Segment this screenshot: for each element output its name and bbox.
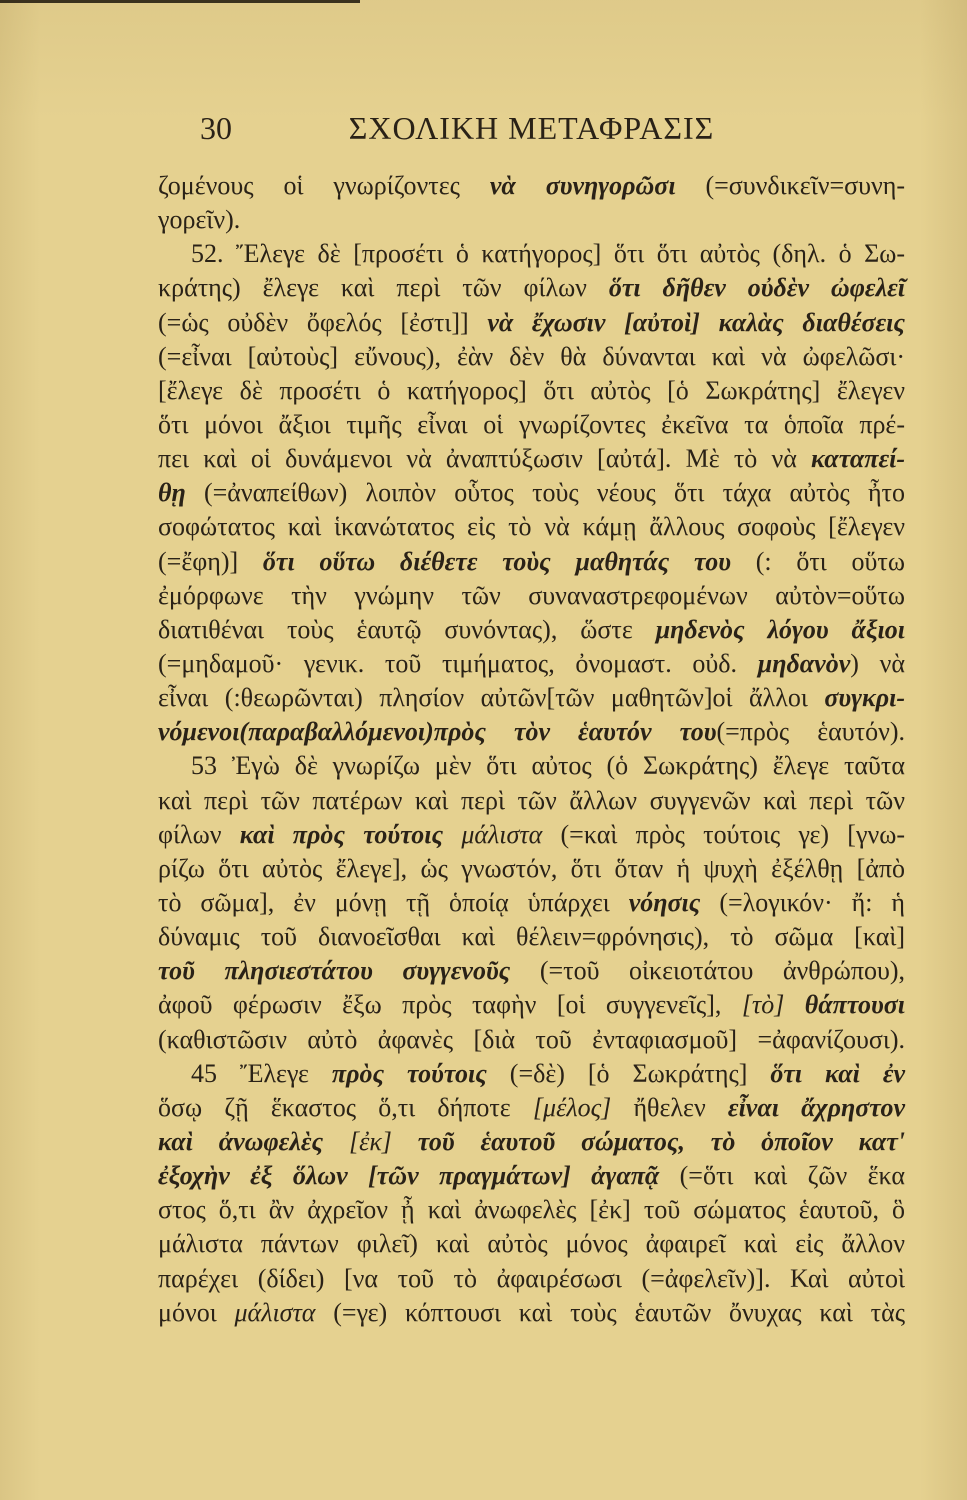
text-line: θῃ (=ἀναπείθων) λοιπὸν οὗτος τοὺς νέους … — [158, 476, 905, 510]
emphasis-italic: [ἐκ] — [349, 1127, 392, 1156]
text-line: τοῦ πλησιεστάτου συγγενοῦς (=τοῦ οἰκειοτ… — [158, 954, 905, 988]
text-run: (=πρὸς ἑαυτόν). — [716, 717, 905, 746]
emphasis-bold-italic: ἐξοχὴν ἐξ ὅλων [τῶν πραγμάτων] ἀγαπᾷ — [158, 1161, 659, 1190]
text-run: Ἔλεγε δὲ [προσέτι ὁ κατήγορος] ὅτι ὅτι α… — [236, 239, 905, 268]
text-run: (=συνδικεῖν=συνη- — [676, 171, 905, 200]
text-line: ἐξοχὴν ἐξ ὅλων [τῶν πραγμάτων] ἀγαπᾷ (=ὅ… — [158, 1159, 905, 1193]
text-line: μάλιστα πάντων φιλεῖ) καὶ αὐτὸς μόνος ἀφ… — [158, 1227, 905, 1261]
text-line: (καθιστῶσιν αὐτὸ ἀφανὲς [διὰ τοῦ ἐνταφια… — [158, 1023, 905, 1057]
text-run: ὅσῳ ζῇ ἕκαστος ὅ,τι δήποτε — [158, 1093, 533, 1122]
text-line: διατιθέναι τοὺς ἑαυτῷ συνόντας), ὥστε μη… — [158, 613, 905, 647]
emphasis-bold-italic: καὶ πρὸς τούτοις — [240, 820, 462, 849]
text-run: Ἐγὼ δὲ γνωρίζω μὲν ὅτι αὐτος (ὁ Σωκράτης… — [232, 751, 905, 780]
emphasis-bold-italic: καταπεί- — [811, 444, 905, 473]
text-run: μάλιστα πάντων φιλεῖ) καὶ αὐτὸς μόνος ἀφ… — [158, 1229, 905, 1258]
text-run: (=εἶναι [αὐτοὺς] εὔνους), ἐὰν δὲν θὰ δύν… — [158, 342, 905, 371]
text-line: μόνοι μάλιστα (=γε) κόπτουσι καὶ τοὺς ἑα… — [158, 1296, 905, 1330]
text-line: [ἔλεγε δὲ προσέτι ὁ κατήγορος] ὅτι αὐτὸς… — [158, 374, 905, 408]
emphasis-italic: [τὸ] — [742, 990, 785, 1019]
text-line: ὅτι μόνοι ἄξιοι τιμῆς εἶναι οἱ γνωρίζοντ… — [158, 408, 905, 442]
paragraph-number: 45 — [191, 1059, 240, 1088]
running-title: ΣΧΟΛΙΚΗ ΜΕΤΑΦΡΑΣΙΣ — [158, 112, 905, 144]
emphasis-italic: μάλιστα — [461, 820, 542, 849]
text-line: ζομένους οἱ γνωρίζοντες νὰ συνηγορῶσι (=… — [158, 169, 905, 203]
text-run: πει καὶ οἱ δυνάμενοι νὰ ἀναπτύξωσιν [αὐτ… — [158, 444, 811, 473]
emphasis-bold-italic: τοῦ ἑαυτοῦ σώματος, τὸ ὁποῖον κατ' — [392, 1127, 905, 1156]
text-line: τὸ σῶμα], ἐν μόνῃ τῇ ὁποίᾳ ὑπάρχει νόησι… — [158, 886, 905, 920]
emphasis-bold-italic: συγκρι- — [824, 683, 905, 712]
paragraph-number: 52. — [191, 239, 236, 268]
text-run: (=ἔφη)] — [158, 547, 263, 576]
text-run: (=δὲ) [ὁ Σωκράτης] — [487, 1059, 770, 1088]
text-run: φίλων — [158, 820, 240, 849]
emphasis-bold-italic: θάπτουσι — [784, 990, 905, 1019]
text-line: (=εἶναι [αὐτοὺς] εὔνους), ἐὰν δὲν θὰ δύν… — [158, 340, 905, 374]
emphasis-bold-italic: μηδανὸν — [758, 649, 851, 678]
text-line: ὅσῳ ζῇ ἕκαστος ὅ,τι δήποτε [μέλος] ἤθελε… — [158, 1091, 905, 1125]
text-line: (=ὡς οὐδὲν ὄφελός [ἐστι]] νὰ ἔχωσιν [αὐτ… — [158, 306, 905, 340]
text-run: ἀφοῦ φέρωσιν ἔξω πρὸς ταφὴν [οἱ συγγενεῖ… — [158, 990, 742, 1019]
text-line: ἐμόρφωνε τὴν γνώμην τῶν συναναστρεφομένω… — [158, 579, 905, 613]
emphasis-bold-italic: νὰ ἔχωσιν [αὐτοὶ] καλὰς διαθέσεις — [487, 308, 905, 337]
text-line: καὶ ἀνωφελὲς [ἐκ] τοῦ ἑαυτοῦ σώματος, τὸ… — [158, 1125, 905, 1159]
text-line: νόμενοι(παραβαλλόμενοι)πρὸς τὸν ἑαυτόν τ… — [158, 715, 905, 749]
page-body-text: ζομένους οἱ γνωρίζοντες νὰ συνηγορῶσι (=… — [158, 169, 905, 1330]
text-run: (: ὅτι οὕτω — [731, 547, 905, 576]
text-run: δύναμις τοῦ διανοεῖσθαι καὶ θέλειν=φρόνη… — [158, 922, 905, 951]
text-line: εἶναι (:θεωρῶνται) πλησίον αὐτῶν[τῶν μαθ… — [158, 681, 905, 715]
text-run: (=μηδαμοῦ· γενικ. τοῦ τιμήματος, ὀνομαστ… — [158, 649, 758, 678]
text-run: κράτης) ἔλεγε καὶ περὶ τῶν φίλων — [158, 273, 609, 302]
text-run: (=ὡς οὐδὲν ὄφελός [ἐστι]] — [158, 308, 487, 337]
emphasis-bold-italic: καὶ ἀνωφελὲς — [158, 1127, 349, 1156]
text-run: (=καὶ πρὸς τούτοις γε) [γνω- — [542, 820, 905, 849]
text-line: καὶ περὶ τῶν πατέρων καὶ περὶ τῶν ἄλλων … — [158, 784, 905, 818]
text-run: ρίζω ὅτι αὐτὸς ἔλεγε], ὡς γνωστόν, ὅτι ὅ… — [158, 854, 905, 883]
text-run: καὶ περὶ τῶν πατέρων καὶ περὶ τῶν ἄλλων … — [158, 786, 905, 815]
text-line: γορεῖν). — [158, 203, 905, 237]
text-line: δύναμις τοῦ διανοεῖσθαι καὶ θέλειν=φρόνη… — [158, 920, 905, 954]
emphasis-bold-italic: πρὸς τούτοις — [332, 1059, 487, 1088]
text-run: (=γε) κόπτουσι καὶ τοὺς ἑαυτῶν ὄνυχας κα… — [315, 1298, 905, 1327]
text-run: (καθιστῶσιν αὐτὸ ἀφανὲς [διὰ τοῦ ἐνταφια… — [158, 1025, 905, 1054]
text-run: ζομένους οἱ γνωρίζοντες — [158, 171, 490, 200]
paragraph-start-line: 45 Ἔλεγε πρὸς τούτοις (=δὲ) [ὁ Σωκράτης]… — [191, 1057, 905, 1091]
paragraph-start-line: 52. Ἔλεγε δὲ [προσέτι ὁ κατήγορος] ὅτι ὅ… — [191, 237, 905, 271]
text-run: στος ὅ,τι ἂν ἀχρεῖον ᾖ καὶ ἀνωφελὲς [ἐκ]… — [158, 1195, 905, 1224]
text-run: τὸ σῶμα], ἐν μόνῃ τῇ ὁποίᾳ ὑπάρχει — [158, 888, 629, 917]
paragraph-start-line: 53 Ἐγὼ δὲ γνωρίζω μὲν ὅτι αὐτος (ὁ Σωκρά… — [191, 749, 905, 783]
text-line: (=ἔφη)] ὅτι οὕτω διέθετε τοὺς μαθητάς το… — [158, 545, 905, 579]
emphasis-bold-italic: θῃ — [158, 478, 186, 507]
text-run: (=τοῦ οἰκειοτάτου ἀνθρώπου), — [510, 956, 905, 985]
text-run: διατιθέναι τοὺς ἑαυτῷ συνόντας), ὥστε — [158, 615, 656, 644]
text-line: ρίζω ὅτι αὐτὸς ἔλεγε], ὡς γνωστόν, ὅτι ὅ… — [158, 852, 905, 886]
text-run: σοφώτατος καὶ ἱκανώτατος εἰς τὸ νὰ κάμῃ … — [158, 512, 905, 541]
emphasis-bold-italic: νόμενοι(παραβαλλόμενοι)πρὸς τὸν ἑαυτόν τ… — [158, 717, 716, 746]
emphasis-bold-italic: ὅτι δῆθεν οὐδὲν ὠφελεῖ — [609, 273, 905, 302]
text-run: ὅτι μόνοι ἄξιοι τιμῆς εἶναι οἱ γνωρίζοντ… — [158, 410, 905, 439]
emphasis-bold-italic: τοῦ πλησιεστάτου συγγενοῦς — [158, 956, 510, 985]
emphasis-italic: [μέλος] — [533, 1093, 611, 1122]
emphasis-bold-italic: νόησις — [629, 888, 701, 917]
text-run: παρέχει (δίδει) [να τοῦ τὸ ἀφαιρέσωσι (=… — [158, 1264, 905, 1293]
emphasis-italic: μάλιστα — [235, 1298, 316, 1327]
text-run: γορεῖν). — [158, 205, 240, 234]
text-line: σοφώτατος καὶ ἱκανώτατος εἰς τὸ νὰ κάμῃ … — [158, 510, 905, 544]
emphasis-bold-italic: εἶναι ἄχρηστον — [728, 1093, 905, 1122]
text-run: Ἔλεγε — [240, 1059, 332, 1088]
paragraph-number: 53 — [191, 751, 232, 780]
emphasis-bold-italic: ὅτι καὶ ἐν — [770, 1059, 905, 1088]
text-run: (=ὅτι καὶ ζῶν ἕκα — [659, 1161, 905, 1190]
emphasis-bold-italic: μηδενὸς λόγου ἄξιοι — [656, 615, 905, 644]
text-line: φίλων καὶ πρὸς τούτοις μάλιστα (=καὶ πρὸ… — [158, 818, 905, 852]
text-line: στος ὅ,τι ἂν ἀχρεῖον ᾖ καὶ ἀνωφελὲς [ἐκ]… — [158, 1193, 905, 1227]
text-run: εἶναι (:θεωρῶνται) πλησίον αὐτῶν[τῶν μαθ… — [158, 683, 824, 712]
scan-edge-shadow — [0, 0, 360, 3]
text-run: [ἔλεγε δὲ προσέτι ὁ κατήγορος] ὅτι αὐτὸς… — [158, 376, 905, 405]
text-line: πει καὶ οἱ δυνάμενοι νὰ ἀναπτύξωσιν [αὐτ… — [158, 442, 905, 476]
text-line: ἀφοῦ φέρωσιν ἔξω πρὸς ταφὴν [οἱ συγγενεῖ… — [158, 988, 905, 1022]
text-line: κράτης) ἔλεγε καὶ περὶ τῶν φίλων ὅτι δῆθ… — [158, 271, 905, 305]
text-line: (=μηδαμοῦ· γενικ. τοῦ τιμήματος, ὀνομαστ… — [158, 647, 905, 681]
emphasis-bold-italic: νὰ συνηγορῶσι — [490, 171, 676, 200]
emphasis-bold-italic: ὅτι οὕτω διέθετε τοὺς μαθητάς του — [263, 547, 731, 576]
text-run: μόνοι — [158, 1298, 235, 1327]
text-run: (=λογικόν· ἤ: ἡ — [700, 888, 905, 917]
text-run: (=ἀναπείθων) λοιπὸν οὗτος τοὺς νέους ὅτι… — [186, 478, 905, 507]
text-run: ) νὰ — [850, 649, 905, 678]
text-run: ἤθελεν — [611, 1093, 728, 1122]
text-line: παρέχει (δίδει) [να τοῦ τὸ ἀφαιρέσωσι (=… — [158, 1262, 905, 1296]
text-run: ἐμόρφωνε τὴν γνώμην τῶν συναναστρεφομένω… — [158, 581, 905, 610]
